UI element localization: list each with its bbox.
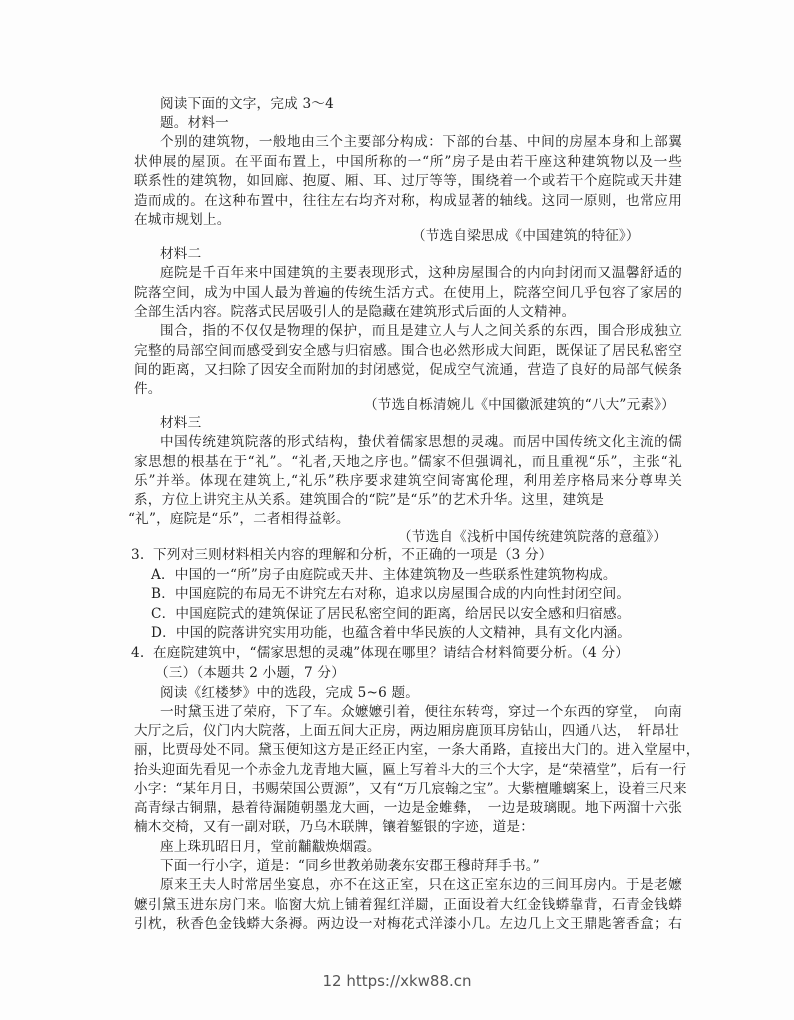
material2-line: 全部生活内容。院落式民居吸引人的是隐藏在建筑形式后面的人文精神。 <box>134 303 575 322</box>
intro-line: 阅读下面的文字，完成 3～4 <box>160 95 334 114</box>
question3-option-c: C．中国庭院式的建筑保证了居民私密空间的距离，给居民以安全感和归宿感。 <box>151 605 631 624</box>
question3-number: 3. <box>131 546 144 565</box>
question4-number: 4. <box>131 644 144 663</box>
material3-source: （节选自《浅析中国传统建筑院落的意蕴》） <box>398 528 667 547</box>
material2-line: 间的距离，又扫除了因安全而附加的封闭感觉，促成空气流通，营造了良好的局部气候条 <box>134 361 682 380</box>
couplet: 座上珠玑昭日月，堂前黼黻焕烟霞。 <box>160 838 381 857</box>
excerpt-line: 高青绿古铜鼎，悬着待漏随朝墨龙大画，一边是金蜼彝， 一边是玻璃𪾢。地下两溜十六张 <box>134 799 682 818</box>
excerpt-line: 原来王夫人时常居坐宴息，亦不在这正室，只在这正室东边的三间耳房内。于是老嬷 <box>160 876 682 895</box>
excerpt-line: 嬷引黛玉进东房门来。临窗大炕上铺着猩红洋罽，正面设着大红金钱蟒靠背，石青金钱蟒 <box>134 896 682 915</box>
material3-line: 系，方位上讲究主从关系。建筑围合的“院”是“乐”的艺术升华。这里，建筑是 <box>134 491 604 510</box>
material3-line: 家思想的根基在于“礼”。“礼者,天地之序也。”儒家不但强调礼，而且重视“乐”，主… <box>134 453 682 472</box>
excerpt-line: 抬头迎面先看见一个赤金九龙青地大匾，匾上写着斗大的三个大字，是“荣禧堂”，后有一… <box>134 761 682 780</box>
question3-option-a: A．中国的一“所”房子由庭院或天井、主体建筑物及一些联系性建筑物构成。 <box>151 566 617 585</box>
material2-line: 件。 <box>134 380 162 399</box>
couplet-inscription: 下面一行小字，道是：“同乡世教弟勋袭东安郡王穆莳拜手书。” <box>160 857 540 876</box>
excerpt-line: 大厅之后，仪门内大院落，上面五间大正房，两边厢房鹿顶耳房钻山，四通八达， 轩昂壮 <box>134 722 679 741</box>
material3-line: 乐”并举。体现在建筑上,“礼乐”秩序要求建筑空间寄寓伦理，利用差序格局来分尊卑关 <box>134 472 682 491</box>
material2-heading: 材料二 <box>160 245 201 264</box>
question3-option-b: B．中国庭院的布局无不讲究左右对称，追求以房屋围合成的内向性封闭空间。 <box>151 585 630 604</box>
question4-stem: 在庭院建筑中，“儒家思想的灵魂”体现在哪里？请结合材料简要分析。（4 分） <box>153 644 629 663</box>
material1-line: 联系性的建筑物，如回廊、抱厦、厢、耳、过厅等等，围绕着一个或若干个庭院或天井建 <box>134 172 682 191</box>
material1-source: （节选自梁思成《中国建筑的特征》） <box>412 227 640 246</box>
material2-line: 院落空间，成为中国人最为普遍的传统生活方式。在使用上，院落空间几乎包容了家居的 <box>134 284 682 303</box>
document-page: 阅读下面的文字，完成 3～4 题。材料一 个别的建筑物，一般地由三个主要部分构成… <box>0 0 794 1020</box>
question3-stem: 下列对三则材料相关内容的理解和分析，不正确的一项是（3 分） <box>153 546 553 565</box>
excerpt-line: 一时黛玉进了荣府，下了车。众嬷嬷引着，便往东转弯，穿过一个东西的穿堂， 向南 <box>160 703 682 722</box>
excerpt-line: 小字：“某年月日，书赐荣国公贾源”，又有“万几宸翰之宝”。大紫檀雕螭案上，设着三… <box>134 780 682 799</box>
excerpt-line: 引枕，秋香色金钱蟒大条褥。两边设一对梅花式洋漆小几。左边几上文王鼎匙箸香盒；右 <box>134 915 682 934</box>
material3-line: 中国传统建筑院落的形式结构，蛰伏着儒家思想的灵魂。而居中国传统文化主流的儒 <box>160 433 682 452</box>
material2-line: 围合，指的不仅仅是物理的保护，而且是建立人与人之间关系的东西，围合形成独立 <box>160 322 682 341</box>
section3-instruction: 阅读《红楼梦》中的选段，完成 5~6 题。 <box>160 684 419 703</box>
material1-line: 个别的建筑物，一般地由三个主要部分构成：下部的台基、中间的房屋本身和上部翼 <box>160 133 682 152</box>
excerpt-line: 楠木交椅，又有一副对联，乃乌木联牌，镶着錾银的字迹，道是： <box>134 818 534 837</box>
material3-heading: 材料三 <box>160 414 201 433</box>
material1-line: 造而成的。在这种布置中，往往左右均齐对称，构成显著的轴线。这同一原则，也常应用 <box>134 192 682 211</box>
material1-line: 在城市规划上。 <box>134 211 231 230</box>
material1-line: 状伸展的屋顶。在平面布置上，中国所称的一“所”房子是由若干座这种建筑物以及一些 <box>134 153 682 172</box>
intro-line: 题。材料一 <box>160 114 229 133</box>
section3-heading: （三）（本题共 2 小题，7 分） <box>155 664 345 683</box>
excerpt-line: 丽，比贾母处不同。黛玉便知这方是正经正内室，一条大甬路，直接出大门的。进入堂屋中… <box>134 741 682 760</box>
material2-line: 完整的局部空间而感受到安全感与归宿感。围合也必然形成大间距，既保证了居民私密空 <box>134 342 682 361</box>
material2-line: 庭院是千百年来中国建筑的主要表现形式，这种房屋围合的内向封闭而又温馨舒适的 <box>160 264 682 283</box>
question3-option-d: D．中国的院落讲究实用功能，也蕴含着中华民族的人文精神，具有文化内涵。 <box>151 624 631 643</box>
page-footer: 12 https://xkw88.cn <box>0 972 794 990</box>
material2-source: （节选自栎清婉儿《中国徽派建筑的“八大”元素》） <box>364 396 675 415</box>
material3-line: “礼”，庭院是“乐”，二者相得益彰。 <box>128 510 350 529</box>
